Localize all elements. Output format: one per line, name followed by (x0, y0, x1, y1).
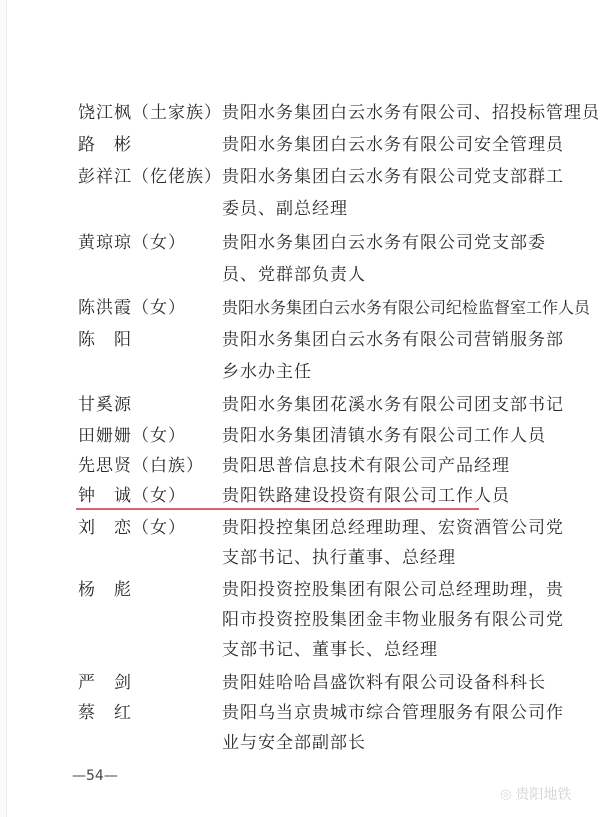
person-name: 杨 彪 (78, 579, 132, 601)
person-name: 陈 阳 (78, 329, 132, 351)
person-title: 贵阳水务集团清镇水务有限公司工作人员 (222, 425, 546, 447)
weibo-icon: ◎ (500, 787, 511, 802)
person-name: 严 剑 (78, 672, 132, 694)
person-name: 田姗姗（女） (78, 425, 186, 447)
person-title-cont: 支部书记、执行董事、总经理 (222, 547, 456, 569)
person-title: 贵阳水务集团白云水务有限公司安全管理员 (222, 134, 564, 156)
person-name: 黄琼琼（女） (78, 232, 186, 254)
person-name-highlighted: 钟 诚（女） (78, 485, 186, 507)
person-title: 贵阳水务集团白云水务有限公司、招投标管理员 (222, 102, 600, 124)
person-name: 饶江枫（土家族） (78, 102, 222, 124)
person-name: 蔡 红 (78, 702, 132, 724)
person-name: 彭祥江（仡佬族） (78, 166, 222, 188)
person-title: 贵阳水务集团白云水务有限公司党支部群工 (222, 166, 564, 188)
watermark: ◎ 贵阳地铁 (500, 784, 571, 804)
page-number: —54— (72, 768, 118, 784)
person-name: 路 彬 (78, 134, 132, 156)
person-title: 贵阳乌当京贵城市综合管理服务有限公司作 (222, 702, 564, 724)
watermark-text: 贵阳地铁 (515, 784, 571, 804)
person-title-cont: 支部书记、董事长、总经理 (222, 639, 438, 661)
person-name: 甘奚源 (78, 394, 132, 416)
person-title: 贵阳水务集团白云水务有限公司党支部委 (222, 232, 546, 254)
person-name: 先思贤（白族） (78, 455, 204, 477)
person-title: 贵阳水务集团白云水务有限公司营销服务部 (222, 329, 564, 351)
person-title: 贵阳水务集团白云水务有限公司纪检监督室工作人员 (222, 297, 590, 319)
page-edge (0, 0, 7, 817)
person-name: 刘 恋（女） (78, 517, 186, 539)
person-title: 贵阳投资控股集团有限公司总经理助理，贵 (222, 579, 564, 601)
person-title: 贵阳投控集团总经理助理、宏资酒管公司党 (222, 517, 564, 539)
highlight-underline (76, 508, 479, 510)
person-title-cont: 业与安全部副部长 (222, 732, 366, 754)
person-title: 贵阳水务集团花溪水务有限公司团支部书记 (222, 394, 564, 416)
person-name: 陈洪霞（女） (78, 297, 186, 319)
person-title-cont: 委员、副总经理 (222, 198, 348, 220)
person-title-cont: 乡水办主任 (222, 361, 312, 383)
person-title-cont: 员、党群部负责人 (222, 264, 366, 286)
person-title: 贵阳思普信息技术有限公司产品经理 (222, 455, 510, 477)
person-title: 贵阳娃哈哈昌盛饮料有限公司设备科科长 (222, 672, 546, 694)
person-title-highlighted: 贵阳铁路建设投资有限公司工作人员 (222, 485, 510, 507)
person-title-cont: 阳市投资控股集团金丰物业服务有限公司党 (222, 609, 564, 631)
